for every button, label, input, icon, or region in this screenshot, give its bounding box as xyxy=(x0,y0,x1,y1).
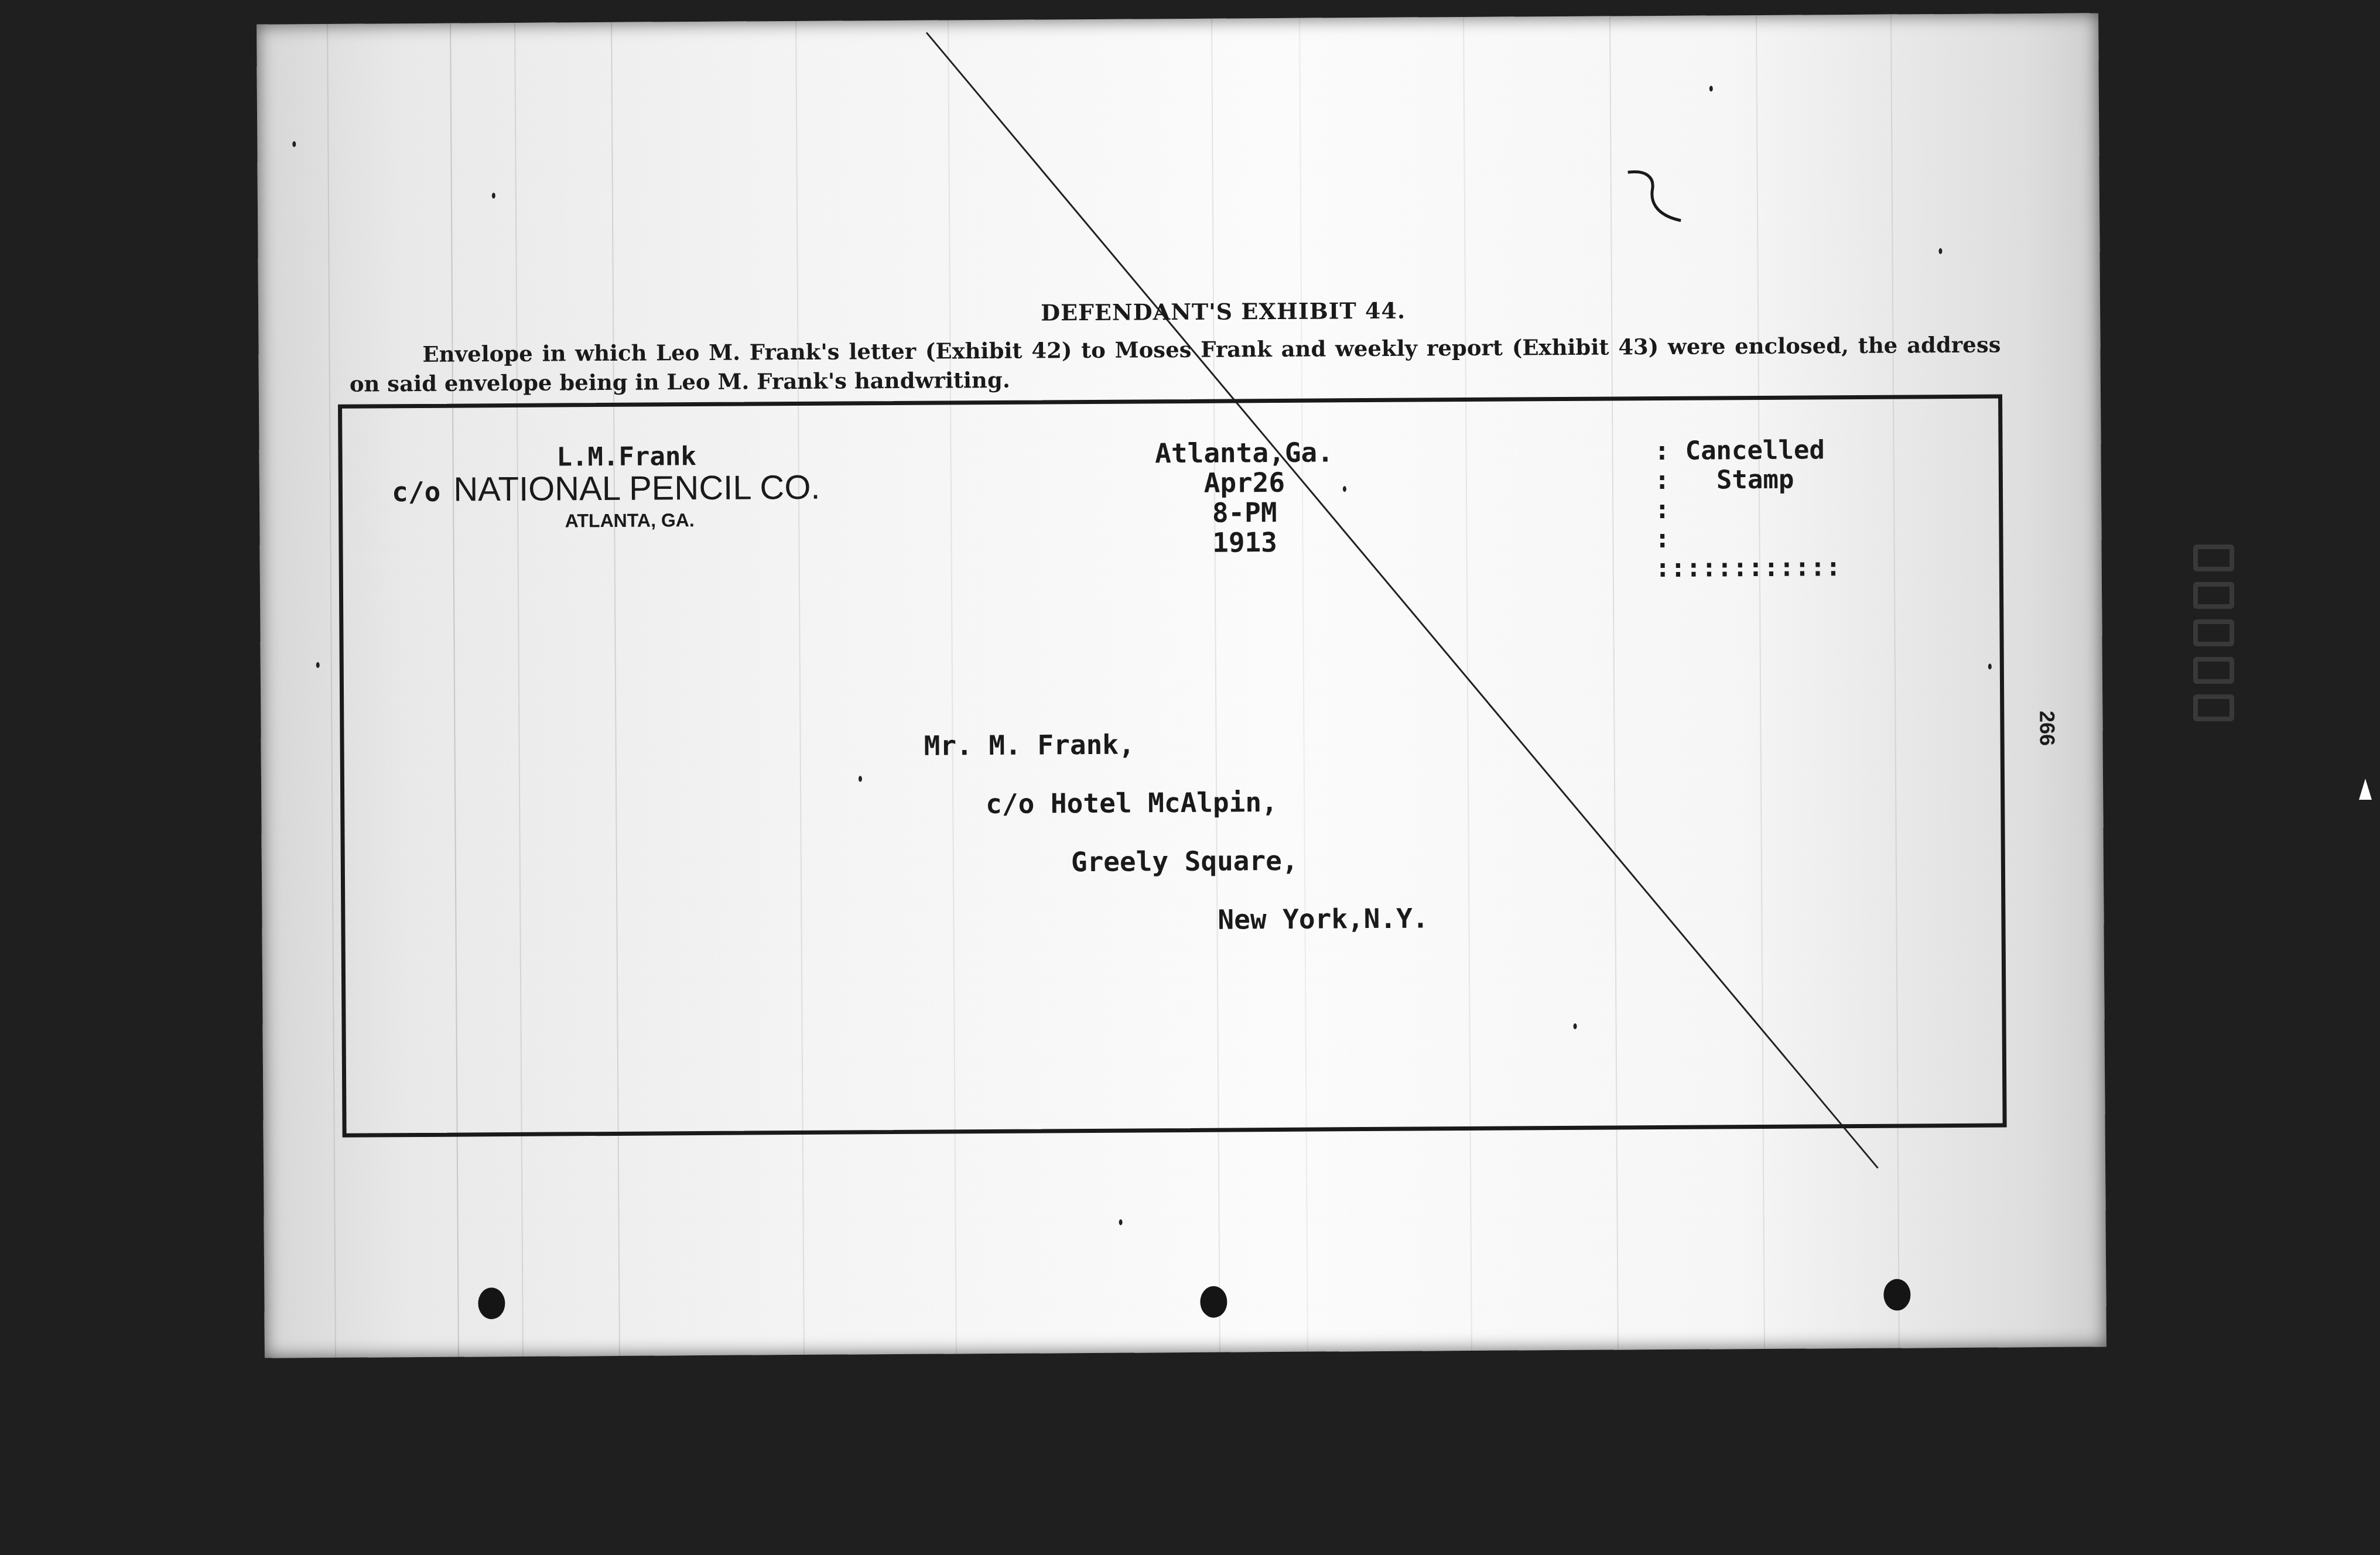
scan-speck xyxy=(492,193,495,198)
stamp-line: : Stamp xyxy=(1654,465,1889,495)
cancelled-stamp-box: : Cancelled : Stamp : : :::::::::::: xyxy=(1654,436,1889,583)
punch-hole xyxy=(1883,1279,1910,1310)
page-number: 266 xyxy=(2034,711,2059,746)
postmark-city: Atlanta,Ga. xyxy=(1103,437,1384,469)
exhibit-caption: Envelope in which Leo M. Frank's letter … xyxy=(349,330,2001,398)
scan-speck xyxy=(1119,1220,1123,1225)
postmark-date: Apr26 xyxy=(1104,467,1385,499)
addressee-city: New York,N.Y. xyxy=(1218,902,1428,935)
scan-edge-mark-icon xyxy=(2359,779,2372,800)
stamp-line: : Cancelled xyxy=(1654,436,1888,466)
addressee-street: Greely Square, xyxy=(1071,845,1298,878)
stamp-line: : xyxy=(1654,494,1889,525)
exhibit-heading: DEFENDANT'S EXHIBIT 44. xyxy=(258,293,2100,330)
punch-hole xyxy=(1200,1286,1227,1318)
scan-streak xyxy=(327,24,336,1358)
postmark: Atlanta,Ga. Apr26 8-PM 1913 xyxy=(1103,437,1385,559)
care-of-label: c/o xyxy=(392,476,440,508)
stamp-border-line: :::::::::::: xyxy=(1655,553,1889,583)
postmark-time: 8-PM xyxy=(1104,497,1385,529)
bleed-through-text xyxy=(2193,544,2240,744)
return-address-company-line: c/oNATIONAL PENCIL CO. xyxy=(366,469,846,510)
postmark-year: 1913 xyxy=(1104,527,1385,559)
scan-speck xyxy=(1938,248,1942,254)
addressee-name: Mr. M. Frank, xyxy=(924,728,1134,761)
stamp-line: : xyxy=(1654,523,1889,554)
scan-speck xyxy=(316,662,320,668)
return-address-company: NATIONAL PENCIL CO. xyxy=(453,468,820,509)
return-address: L.M.Frank c/oNATIONAL PENCIL CO. ATLANTA… xyxy=(365,440,846,533)
document-page: DEFENDANT'S EXHIBIT 44. Envelope in whic… xyxy=(257,13,2107,1358)
scan-speck xyxy=(1709,85,1713,91)
addressee-care-of: c/o Hotel McAlpin, xyxy=(986,786,1278,820)
envelope-box: L.M.Frank c/oNATIONAL PENCIL CO. ATLANTA… xyxy=(338,394,2007,1137)
scan-speck xyxy=(292,141,296,147)
punch-hole xyxy=(478,1287,505,1319)
return-address-city: ATLANTA, GA. xyxy=(366,508,846,533)
pen-mark-icon xyxy=(1622,165,1687,230)
